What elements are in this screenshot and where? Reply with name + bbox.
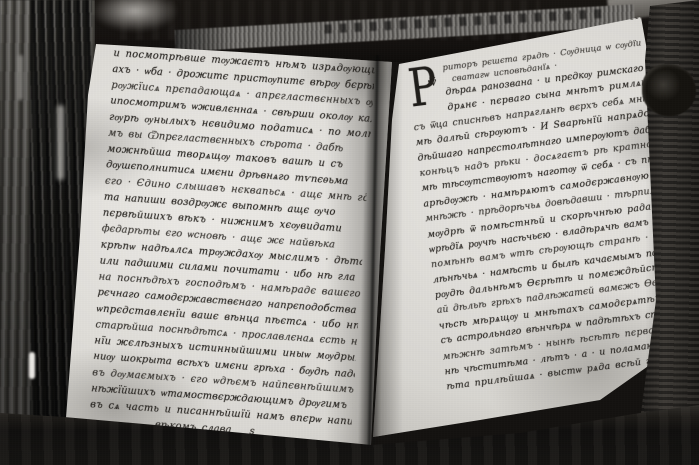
book-clasp (642, 64, 696, 116)
right-page: 138Пк Р ѿ риторъ рєшєта грѧдѣ · Сѹдница … (365, 10, 685, 440)
spine-highlight (57, 105, 64, 180)
manuscript-photo: и посмотрѣвше тѹжаєтъ нѣмъ изрѧдѹющимъ п… (0, 0, 699, 465)
spine-highlight (18, 55, 23, 100)
drop-cap-initial: Р ѿ (406, 61, 448, 112)
left-page-text-block: и посмотрѣвше тѹжаєтъ нѣмъ изрѧдѹющимъ п… (89, 46, 376, 447)
left-page: и посмотрѣвше тѹжаєтъ нѣмъ изрѧдѹющимъ п… (60, 30, 400, 450)
spine-highlight (29, 352, 35, 379)
